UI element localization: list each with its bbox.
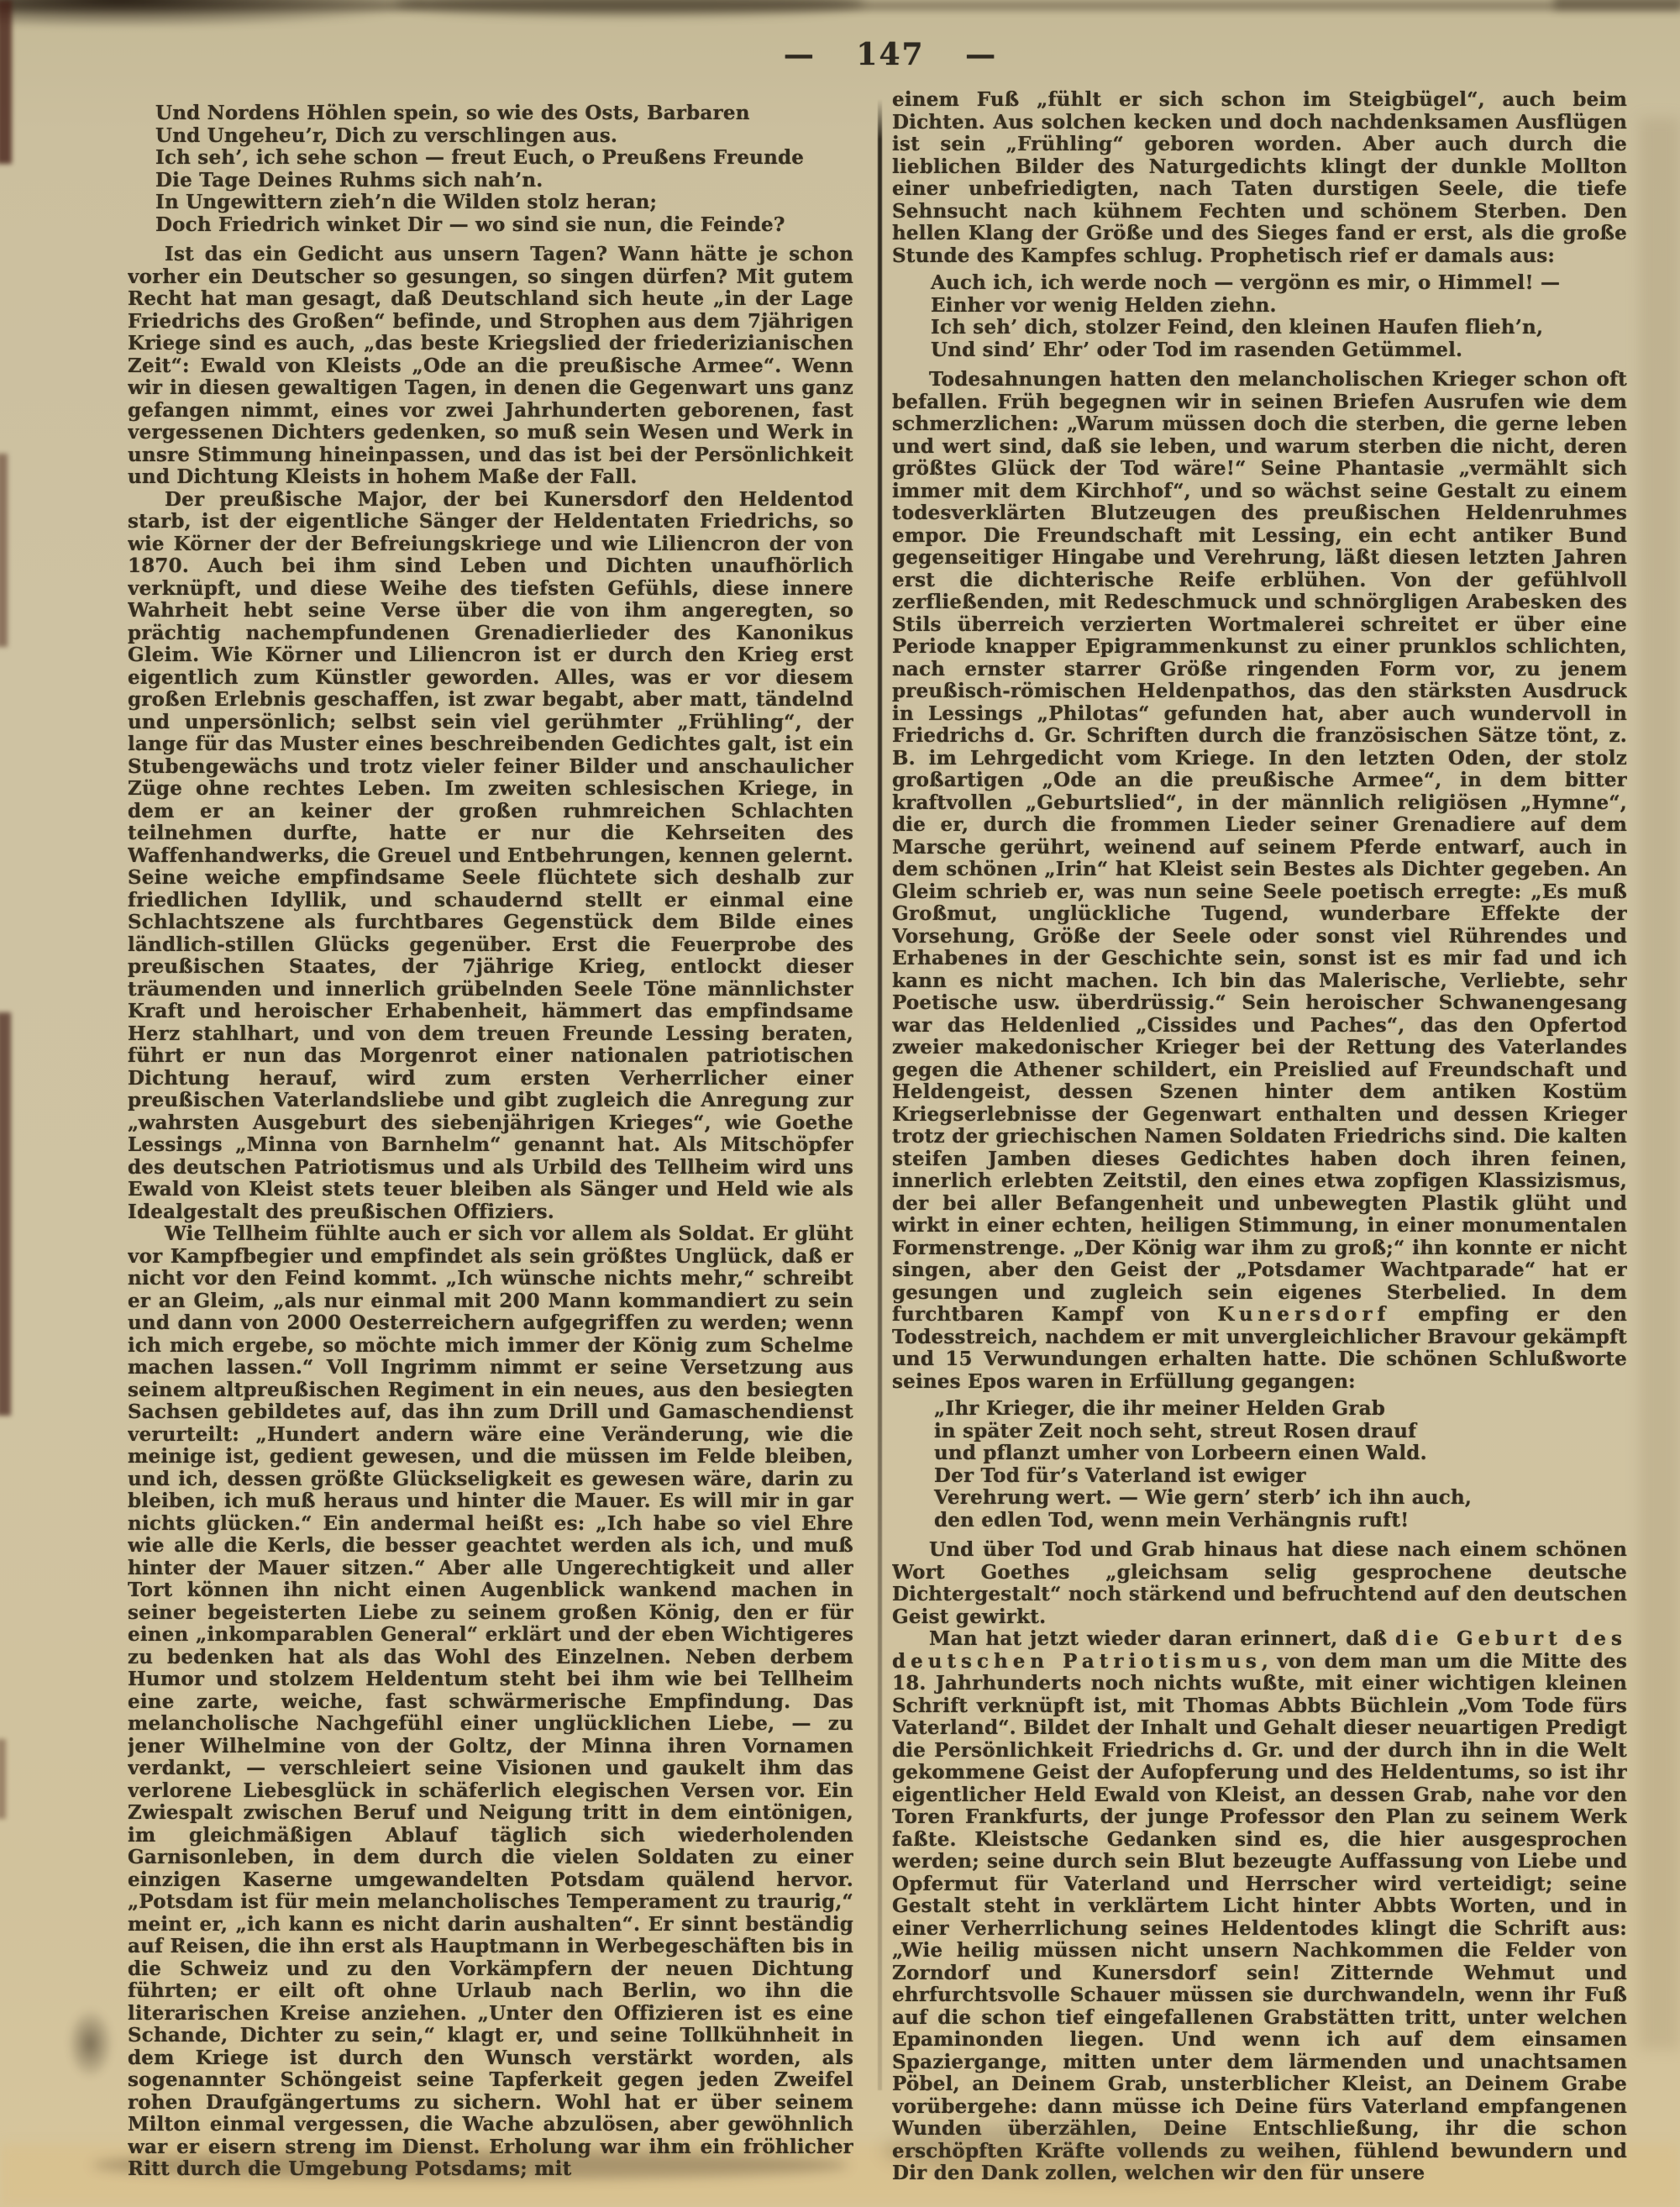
- scan-left-edge-streak: [0, 1012, 11, 1416]
- scan-top-right-stain: [1554, 0, 1680, 10]
- verse-line: in später Zeit noch seht, streut Rosen d…: [934, 1421, 1627, 1443]
- verse-line: Und Nordens Höhlen spein, so wie des Ost…: [155, 102, 853, 125]
- body-paragraph: Man hat jetzt wieder daran erinnert, daß…: [892, 1628, 1627, 2185]
- left-column: Und Nordens Höhlen spein, so wie des Ost…: [128, 97, 853, 2191]
- body-paragraph: Todesahnungen hatten den melancholischen…: [892, 369, 1627, 1393]
- verse-line: In Ungewittern zieh’n die Wilden stolz h…: [155, 192, 853, 214]
- verse-line: Auch ich, ich werde noch — vergönn es mi…: [931, 272, 1627, 295]
- right-column: einem Fuß „fühlt er sich schon im Steigb…: [892, 89, 1627, 2199]
- page-number: — 147 —: [50, 37, 1680, 72]
- poem-quote-prophecy: Auch ich, ich werde noch — vergönn es mi…: [892, 272, 1627, 361]
- scan-top-middle-stain: [395, 0, 865, 15]
- verse-line: und pflanzt umher von Lorbeern einen Wal…: [934, 1442, 1627, 1465]
- scan-top-left-stain: [0, 0, 425, 27]
- scanned-book-page: — 147 — Und Nordens Höhlen spein, so wie…: [0, 0, 1680, 2207]
- verse-line: Der Tod für’s Vaterland ist ewiger: [934, 1465, 1627, 1488]
- verse-line: Und sind’ Ehr’ oder Tod im rasenden Getü…: [931, 339, 1627, 362]
- verse-line: Verehrung wert. — Wie gern’ sterb’ ich i…: [934, 1487, 1627, 1510]
- scan-left-edge-streak: [0, 454, 8, 647]
- poem-quote-ode: Und Nordens Höhlen spein, so wie des Ost…: [128, 102, 853, 236]
- verse-line: Und Ungeheu’r, Dich zu verschlingen aus.: [155, 125, 853, 148]
- paragraph-segment: , von dem man um die Mitte des 18. Jahrh…: [892, 1650, 1627, 2185]
- ink-smudge: [67, 2008, 113, 2079]
- scan-left-edge-streak: [0, 0, 12, 164]
- body-paragraph: Wie Tellheim fühlte auch er sich vor all…: [128, 1223, 853, 2181]
- paragraph-segment: Todesahnungen hatten den melancholischen…: [892, 368, 1627, 1326]
- poem-quote-epos: „Ihr Krieger, die ihr meiner Helden Grab…: [892, 1398, 1627, 1532]
- paragraph-segment: Man hat jetzt wieder daran erinnert, daß: [929, 1627, 1395, 1650]
- verse-line: den edlen Tod, wenn mein Verhängnis ruft…: [934, 1510, 1627, 1532]
- verse-line: Ich seh’, ich sehe schon — freut Euch, o…: [155, 147, 853, 170]
- emphasized-word: Kunersdorf: [1217, 1303, 1390, 1326]
- verse-line: Die Tage Deines Ruhms sich nah’n.: [155, 170, 853, 192]
- body-paragraph-continuation: einem Fuß „fühlt er sich schon im Steigb…: [892, 89, 1627, 267]
- body-paragraph: Ist das ein Gedicht aus unsern Tagen? Wa…: [128, 244, 853, 489]
- verse-line: Ich seh’ dich, stolzer Feind, den kleine…: [931, 317, 1627, 339]
- body-paragraph: Und über Tod und Grab hinaus hat diese n…: [892, 1539, 1627, 1628]
- body-paragraph: Der preußische Major, der bei Kunersdorf…: [128, 489, 853, 1224]
- column-divider-rule: [878, 99, 882, 2090]
- verse-line: „Ihr Krieger, die ihr meiner Helden Grab: [934, 1398, 1627, 1421]
- scan-top-edge-shadow: [0, 0, 1680, 11]
- scan-right-margin-shade: [1640, 118, 1680, 2050]
- verse-line: Doch Friedrich winket Dir — wo sind sie …: [155, 214, 853, 237]
- scan-left-edge-streak: [0, 1739, 6, 1819]
- verse-line: Einher vor wenig Helden ziehn.: [931, 295, 1627, 318]
